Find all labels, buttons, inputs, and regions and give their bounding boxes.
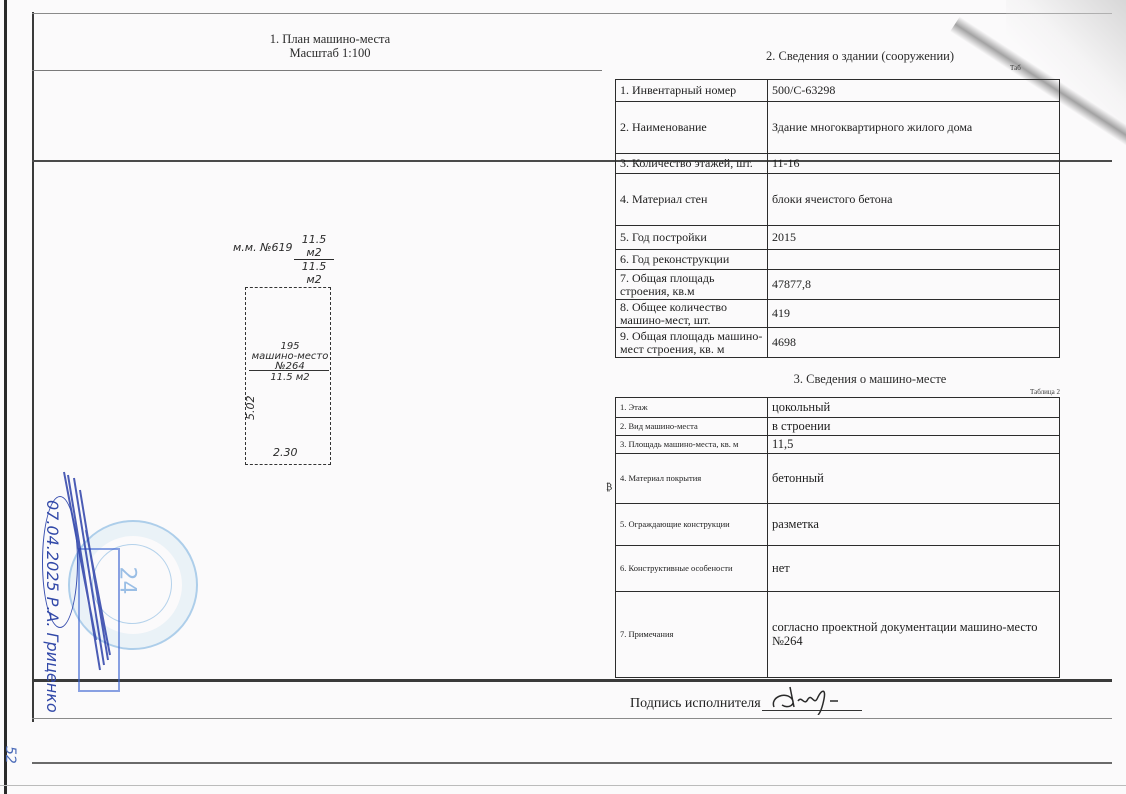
building-info-value: 419 [768,300,1060,328]
parking-info-row: 6. Конструктивные особеностинет [616,546,1060,592]
parking-info-row: 2. Вид машино-местав строении [616,418,1060,436]
parking-info-value: 11,5 [768,436,1060,454]
building-info-label: 4. Материал стен [616,174,768,226]
width-dimension: 2.30 [273,446,298,459]
plan-title: 1. План машино-места [230,32,430,46]
row-rule-2 [32,679,1112,682]
parking-info-label: 2. Вид машино-места [616,418,768,436]
neighbor-area-bottom: 11.5 м2 [294,260,334,286]
parking-info-table: 1. Этажцокольный2. Вид машино-местав стр… [615,397,1060,678]
parking-info-label: 4. Материал покрытия [616,454,768,504]
parking-info-value: в строении [768,418,1060,436]
building-info-row: 2. НаименованиеЗдание многоквартирного ж… [616,102,1060,154]
building-info-label: 8. Общее количество машино-мест, шт. [616,300,768,328]
neighbor-area-fraction: 11.5 м2 11.5 м2 [294,233,334,286]
building-info-label: 2. Наименование [616,102,768,154]
parking-table-caption: Таблица 2 [1030,388,1060,396]
building-section-title: 2. Сведения о здании (сооружении) [700,49,1020,64]
top-border-line [32,13,1112,14]
building-info-row: 4. Материал стенблоки ячеистого бетона [616,174,1060,226]
building-info-label: 6. Год реконструкции [616,250,768,270]
parking-info-row: 1. Этажцокольный [616,398,1060,418]
signature-scribble-icon [768,683,858,715]
left-margin-line [32,12,34,722]
building-info-row: 5. Год постройки2015 [616,226,1060,250]
building-info-row: 7. Общая площадь строения, кв.м47877,8 [616,270,1060,300]
parking-info-label: 1. Этаж [616,398,768,418]
plan-section-header: 1. План машино-места Масштаб 1:100 [230,32,430,60]
space-area: 11.5 м2 [251,372,329,383]
page-number: 52 [2,746,18,764]
building-info-row: 9. Общая площадь машино-мест строения, к… [616,328,1060,358]
parking-info-label: 5. Ограждающие конструкции [616,504,768,546]
building-info-value: Здание многоквартирного жилого дома [768,102,1060,154]
building-info-row: 3. Количество этажей, шт.11-16 [616,154,1060,174]
building-info-table: 1. Инвентарный номер500/С-632982. Наимен… [615,79,1060,358]
handwritten-date-name: 07.04.2025 Р.А. Гриценко [43,500,62,713]
space-number: №264 [251,362,329,372]
building-info-label: 3. Количество этажей, шт. [616,154,768,174]
building-info-value: 4698 [768,328,1060,358]
building-info-label: 9. Общая площадь машино-мест строения, к… [616,328,768,358]
building-info-row: 8. Общее количество машино-мест, шт.419 [616,300,1060,328]
signature-label: Подпись исполнителя [630,696,761,712]
parking-info-value: разметка [768,504,1060,546]
parking-info-value: согласно проектной документации машино-м… [768,592,1060,678]
parking-section-title: 3. Сведения о машино-месте [720,372,1020,387]
margin-mark: ₿ [606,482,612,492]
parking-info-value: нет [768,546,1060,592]
parking-info-value: бетонный [768,454,1060,504]
neighbor-area-top: 11.5 м2 [294,233,334,260]
building-info-value [768,250,1060,270]
row-rule-3 [32,718,1112,719]
building-info-value: 2015 [768,226,1060,250]
parking-info-row: 5. Ограждающие конструкцииразметка [616,504,1060,546]
parking-info-value: цокольный [768,398,1060,418]
building-info-value: 11-16 [768,154,1060,174]
header-rule [32,70,602,71]
building-info-value: блоки ячеистого бетона [768,174,1060,226]
parking-info-label: 7. Примечания [616,592,768,678]
neighbor-space-label: м.м. №619 [233,241,293,254]
plan-scale: Масштаб 1:100 [230,46,430,60]
parking-info-row: 3. Площадь машино-места, кв. м11,5 [616,436,1060,454]
parking-info-row: 4. Материал покрытиябетонный [616,454,1060,504]
parking-info-row: 7. Примечаниясогласно проектной документ… [616,592,1060,678]
building-info-row: 1. Инвентарный номер500/С-63298 [616,80,1060,102]
building-info-label: 7. Общая площадь строения, кв.м [616,270,768,300]
space-label-block: 195 машино-место №264 [251,342,329,372]
length-dimension: 5.02 [244,396,257,421]
parking-info-label: 6. Конструктивные особености [616,546,768,592]
building-info-label: 5. Год постройки [616,226,768,250]
building-info-value: 500/С-63298 [768,80,1060,102]
bottom-rule [32,762,1112,764]
page-edge [0,785,1126,786]
building-info-value: 47877,8 [768,270,1060,300]
binding-edge [4,0,7,794]
building-info-label: 1. Инвентарный номер [616,80,768,102]
building-table-caption: Таб [1010,64,1021,72]
building-info-row: 6. Год реконструкции [616,250,1060,270]
parking-info-label: 3. Площадь машино-места, кв. м [616,436,768,454]
